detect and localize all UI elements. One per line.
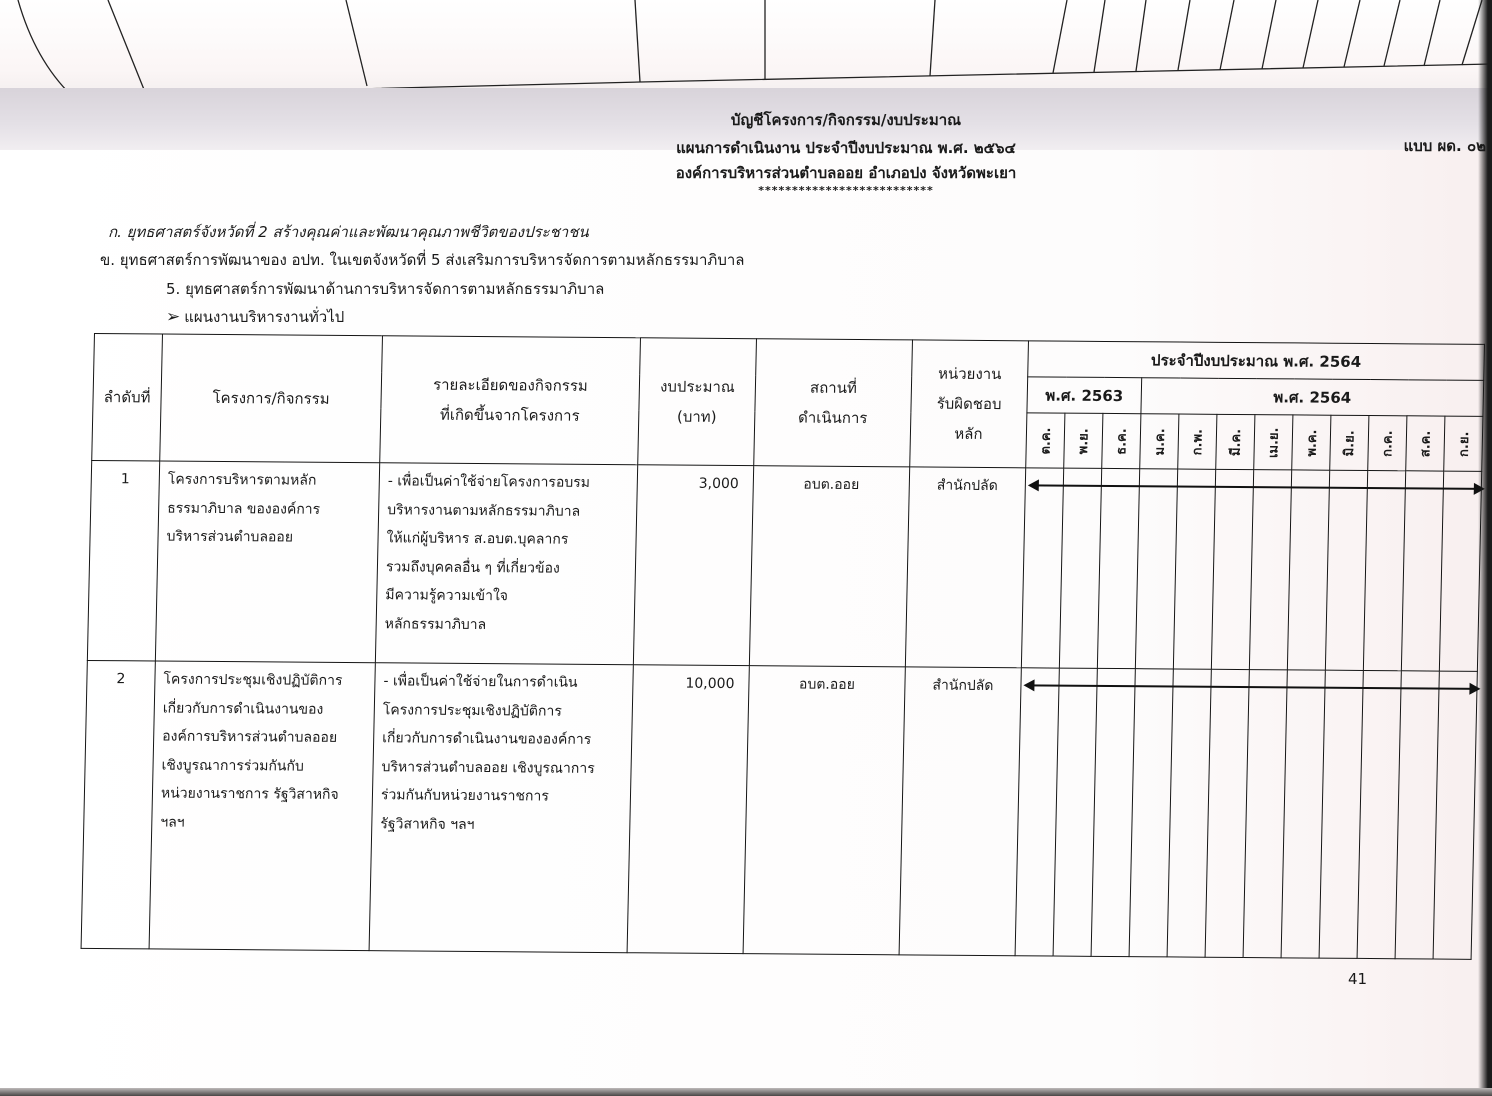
schedule-cell [1053, 668, 1097, 956]
header-unit-line2: รับผิดชอบ [911, 391, 1027, 416]
previous-page-fold [0, 0, 1492, 100]
header-detail-line1: รายละเอียดของกิจกรรม [382, 372, 640, 398]
schedule-cell [1205, 669, 1249, 957]
activity-detail-line: รัฐวิสาหกิจ ฯลฯ [380, 810, 622, 840]
header-project: โครงการ/กิจกรรม [160, 334, 383, 463]
responsible-unit: สำนักปลัด [899, 667, 1021, 956]
arrowhead-bullet-icon: ➢ [166, 307, 180, 327]
activity-detail-line: รวมถึงบุคคลอื่น ๆ ที่เกี่ยวข้อง [386, 553, 628, 583]
page-right-edge [1478, 0, 1492, 1096]
month-label: ส.ค. [1415, 430, 1437, 457]
month-header: มิ.ย. [1330, 415, 1369, 470]
location-text: อบต.ออย [749, 670, 905, 700]
header-detail-line2: ที่เกิดขึ้นจากโครงการ [381, 402, 639, 428]
month-label: มี.ค. [1225, 428, 1247, 455]
month-label: มิ.ย. [1339, 430, 1361, 456]
work-plan-label: แผนงานบริหารงานทั่วไป [184, 305, 344, 329]
project-name-line: องค์การบริหารส่วนตำบลออย [162, 723, 366, 753]
month-header: ต.ค. [1026, 413, 1065, 468]
schedule-cell [1439, 471, 1481, 671]
month-header: พ.ค. [1292, 415, 1331, 470]
budget-amount: 10,000 [627, 665, 749, 954]
header-unit-line3: หลัก [911, 421, 1027, 446]
month-label: เม.ย. [1262, 427, 1284, 458]
month-header: ก.ค. [1368, 416, 1407, 471]
month-header: ก.พ. [1178, 414, 1217, 469]
schedule-cell [1433, 671, 1477, 959]
month-header: พ.ย. [1064, 413, 1103, 468]
previous-page-table-lines [0, 0, 1492, 100]
header-detail: รายละเอียดของกิจกรรม ที่เกิดขึ้นจากโครงก… [380, 336, 641, 465]
project-plan-table: ลำดับที่ โครงการ/กิจกรรม รายละเอียดของกิ… [81, 333, 1485, 960]
month-label: ก.ย. [1453, 431, 1475, 457]
title-separator: ************************** [100, 184, 1492, 197]
document-subtitle-plan: แผนการดำเนินงาน ประจำปีงบประมาณ พ.ศ. ๒๕๖… [100, 136, 1492, 160]
document-title: บัญชีโครงการ/กิจกรรม/งบประมาณ [100, 108, 1492, 132]
schedule-cell [1021, 468, 1063, 668]
header-year-2563: พ.ศ. 2563 [1027, 377, 1142, 414]
header-location-line2: ดำเนินการ [755, 405, 911, 430]
schedule-cell [1173, 469, 1215, 669]
schedule-cell [1281, 670, 1325, 958]
activity-detail: - เพื่อเป็นค่าใช้จ่ายในการดำเนินโครงการป… [369, 663, 633, 953]
activity-detail-line: บริหารส่วนตำบลออย เชิงบูรณาการ [381, 753, 623, 783]
responsible-unit-text: สำนักปลัด [909, 471, 1025, 500]
month-label: พ.ย. [1073, 428, 1095, 454]
schedule-cell [1319, 670, 1363, 958]
project-name-line: หน่วยงานราชการ รัฐวิสาหกิจ [161, 780, 365, 810]
project-name-line: เชิงบูรณาการร่วมกันกับ [161, 751, 365, 781]
activity-detail-line: โครงการประชุมเชิงปฏิบัติการ [383, 696, 625, 726]
header-year-2564: พ.ศ. 2564 [1141, 378, 1484, 417]
local-strategy: ข. ยุทธศาสตร์การพัฒนาของ อปท. ในเขตจังหว… [100, 248, 744, 272]
page-bottom-edge [0, 1088, 1492, 1096]
header-location-line1: สถานที่ [756, 375, 912, 400]
schedule-cell [1395, 671, 1439, 959]
month-label: ก.ค. [1377, 430, 1399, 457]
activity-detail-line: ให้แก่ผู้บริหาร ส.อบต.บุคลากร [386, 524, 628, 554]
schedule-cell [1401, 471, 1443, 671]
schedule-cell [1135, 469, 1177, 669]
project-plan-table-wrapper: ลำดับที่ โครงการ/กิจกรรม รายละเอียดของกิ… [81, 333, 1485, 960]
schedule-cell [1325, 470, 1367, 670]
work-plan-heading: ➢ แผนงานบริหารงานทั่วไป [166, 305, 344, 329]
activity-detail-line: หลักธรรมาภิบาล [384, 610, 626, 640]
page-number: 41 [1348, 970, 1367, 988]
month-header: ส.ค. [1406, 416, 1445, 471]
project-name-line: ธรรมาภิบาล ขององค์การ [167, 494, 371, 524]
activity-detail-line: - เพื่อเป็นค่าใช้จ่ายโครงการอบรม [387, 467, 629, 497]
schedule-cell [1287, 470, 1329, 670]
header-location: สถานที่ ดำเนินการ [754, 339, 913, 467]
schedule-cell [1363, 471, 1405, 671]
schedule-cell [1167, 669, 1211, 957]
schedule-cell [1243, 670, 1287, 958]
row-number-text: 2 [87, 665, 155, 694]
activity-detail-line: มีความรู้ความเข้าใจ [385, 581, 627, 611]
month-label: ก.พ. [1187, 428, 1209, 454]
schedule-cell [1211, 469, 1253, 669]
project-name-line: ฯลฯ [160, 808, 364, 838]
project-name: โครงการประชุมเชิงปฏิบัติการเกี่ยวกับการด… [149, 661, 375, 951]
activity-detail-line: เกี่ยวกับการดำเนินงานขององค์การ [382, 724, 624, 754]
schedule-cell [1059, 468, 1101, 668]
activity-detail: - เพื่อเป็นค่าใช้จ่ายโครงการอบรมบริหารงา… [375, 463, 637, 665]
schedule-cell [1015, 668, 1059, 956]
month-header: เม.ย. [1254, 415, 1293, 470]
schedule-cell [1357, 670, 1401, 958]
schedule-cell [1091, 668, 1135, 956]
activity-detail-line: - เพื่อเป็นค่าใช้จ่ายในการดำเนิน [383, 667, 625, 697]
schedule-cell [1129, 669, 1173, 957]
table-row: 1โครงการบริหารตามหลักธรรมาภิบาล ขององค์ก… [87, 460, 1481, 671]
row-number-text: 1 [91, 465, 159, 494]
form-code: แบบ ผด. ๐๒ [1404, 134, 1486, 158]
month-label: ต.ค. [1035, 427, 1057, 454]
header-budget-line2: (บาท) [639, 404, 755, 429]
activity-detail-line: ร่วมกันกับหน่วยงานราชการ [381, 781, 623, 811]
month-label: ธ.ค. [1111, 428, 1133, 455]
provincial-strategy: ก. ยุทธศาสตร์จังหวัดที่ 2 สร้างคุณค่าและ… [108, 220, 589, 244]
budget-amount: 3,000 [633, 465, 753, 666]
table-row: 2โครงการประชุมเชิงปฏิบัติการเกี่ยวกับการ… [81, 660, 1477, 959]
month-header: ม.ค. [1140, 414, 1179, 469]
schedule-cell [1249, 470, 1291, 670]
header-unit-line1: หน่วยงาน [912, 361, 1028, 386]
document-subtitle-organization: องค์การบริหารส่วนตำบลออย อำเภอปง จังหวัด… [100, 161, 1492, 185]
project-name-line: เกี่ยวกับการดำเนินงานของ [163, 694, 367, 724]
schedule-cell [1097, 468, 1139, 668]
row-number: 1 [87, 460, 159, 660]
row-number: 2 [81, 660, 155, 948]
month-label: ม.ค. [1149, 428, 1171, 455]
month-header: ธ.ค. [1102, 413, 1141, 468]
project-name-line: โครงการบริหารตามหลัก [167, 466, 371, 496]
header-responsible-unit: หน่วยงาน รับผิดชอบ หลัก [910, 340, 1029, 468]
header-fiscal-year: ประจำปีงบประมาณ พ.ศ. 2564 [1028, 341, 1485, 381]
location: อบต.ออย [743, 666, 905, 955]
budget-amount-text: 3,000 [637, 469, 739, 498]
project-name: โครงการบริหารตามหลักธรรมาภิบาล ขององค์กา… [155, 461, 379, 663]
project-name-line: โครงการประชุมเชิงปฏิบัติการ [163, 666, 367, 696]
project-name-line: บริหารส่วนตำบลออย [166, 523, 370, 553]
budget-amount-text: 10,000 [633, 669, 735, 698]
header-no: ลำดับที่ [92, 334, 163, 462]
header-budget-line1: งบประมาณ [640, 374, 756, 399]
location-text: อบต.ออย [753, 470, 909, 500]
header-budget: งบประมาณ (บาท) [638, 338, 757, 466]
responsible-unit: สำนักปลัด [905, 467, 1025, 668]
location: อบต.ออย [749, 466, 909, 667]
activity-detail-line: บริหารงานตามหลักธรรมาภิบาล [387, 496, 629, 526]
responsible-unit-text: สำนักปลัด [905, 671, 1021, 700]
development-strategy: 5. ยุทธศาสตร์การพัฒนาด้านการบริหารจัดการ… [166, 277, 604, 301]
month-label: พ.ค. [1301, 429, 1323, 456]
month-header: มี.ค. [1216, 414, 1255, 469]
